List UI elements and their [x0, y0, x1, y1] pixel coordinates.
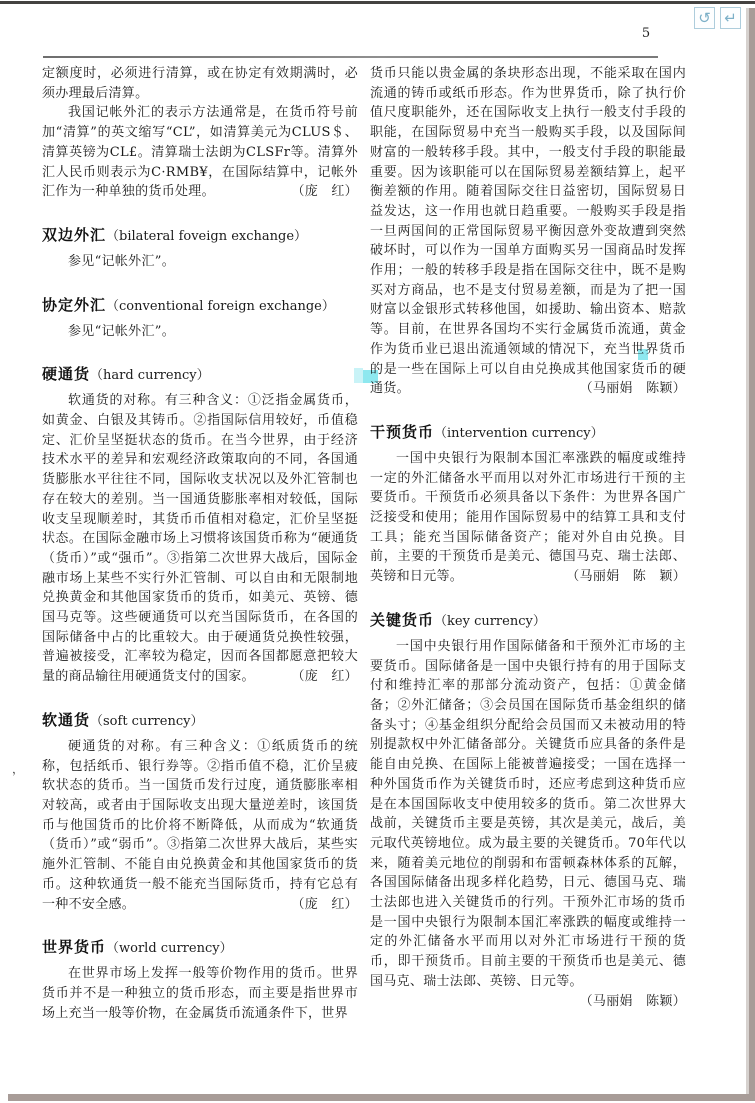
dictionary-entry: 软通货（soft currency）硬通货的对称。有三种含义：①纸质货币的统称，…: [42, 710, 358, 914]
entry-heading: 干预货币（intervention currency）: [370, 422, 686, 444]
page-body: 定额度时，必须进行清算，或在协定有效期满时，必须办理最后清算。我国记帐外汇的表示…: [42, 64, 686, 1023]
entry-heading: 协定外汇（conventional foreign exchange）: [42, 295, 358, 317]
entry-heading: 软通货（soft currency）: [42, 710, 358, 732]
paragraph-text: 定额度时，必须进行清算，或在协定有效期满时，必须办理最后清算。: [42, 66, 358, 101]
paragraph-text: 参见“记帐外汇”。: [68, 324, 175, 339]
entry-term-en: （key currency）: [434, 614, 546, 629]
entry-term-zh: 世界货币: [42, 938, 106, 956]
paragraph-text: 货币只能以贵金属的条块形态出现，不能采取在国内流通的铸币或纸币形态。作为世界货币…: [370, 66, 686, 396]
author-signature: （马丽娟 陈颖）: [580, 379, 686, 399]
entry-term-zh: 双边外汇: [42, 226, 106, 244]
paragraph-text: 参见“记帐外汇”。: [68, 254, 175, 269]
dictionary-entry: 双边外汇（bilateral foveign exchange）参见“记帐外汇”…: [42, 225, 358, 272]
entry-term-zh: 协定外汇: [42, 296, 106, 314]
entry-term-zh: 软通货: [42, 711, 90, 729]
entry-term-en: （world currency）: [106, 941, 233, 956]
entry-term-en: （soft currency）: [90, 714, 203, 729]
body-paragraph: 一国中央银行用作国际储备和干预外汇市场的主要货币。国际储备是一国中央银行持有的用…: [370, 637, 686, 992]
body-paragraph: 一国中央银行为限制本国汇率涨跌的幅度或维持一定的外汇储备水平而用以对外汇市场进行…: [370, 449, 686, 587]
author-signature: （马丽娟 陈颖）: [554, 992, 686, 1012]
entry-term-zh: 关键货币: [370, 611, 434, 629]
dictionary-entry: 干预货币（intervention currency）一国中央银行为限制本国汇率…: [370, 422, 686, 587]
entry-term-en: （intervention currency）: [434, 426, 604, 441]
author-signature: （庞 红）: [265, 667, 358, 687]
author-signature: （庞 红）: [265, 895, 358, 915]
stray-ink-mark: ，: [12, 760, 24, 777]
body-paragraph: 硬通货的对称。有三种含义：①纸质货币的统称，包括纸币、银行券等。②指币值不稳，汇…: [42, 737, 358, 914]
entry-term-en: （conventional foreign exchange）: [106, 299, 335, 314]
scan-bottom-edge: [8, 1094, 755, 1101]
entry-heading: 硬通货（hard currency）: [42, 364, 358, 386]
entry-heading: 世界货币（world currency）: [42, 937, 358, 959]
header-rule: [43, 56, 658, 58]
body-paragraph: 参见“记帐外汇”。: [42, 252, 358, 272]
scan-top-edge: [0, 1, 755, 4]
body-paragraph: 货币只能以贵金属的条块形态出现，不能采取在国内流通的铸币或纸币形态。作为世界货币…: [370, 64, 686, 399]
paragraph-text: 一国中央银行为限制本国汇率涨跌的幅度或维持一定的外汇储备水平而用以对外汇市场进行…: [370, 451, 686, 584]
entry-term-zh: 硬通货: [42, 365, 90, 383]
author-signature: （庞 红）: [265, 182, 358, 202]
entry-heading: 关键货币（key currency）: [370, 610, 686, 632]
dictionary-entry: 协定外汇（conventional foreign exchange）参见“记帐…: [42, 295, 358, 342]
entry-term-zh: 干预货币: [370, 423, 434, 441]
paragraph-text: 软通货的对称。有三种含义：①泛指金属货币，如黄金、白银及其铸币。②指国际信用较好…: [42, 393, 358, 684]
paragraph-text: 在世界市场上发挥一般等价物作用的货币。世界货币并不是一种独立的货币形态，而主要是…: [42, 966, 358, 1020]
right-column: 货币只能以贵金属的条块形态出现，不能采取在国内流通的铸币或纸币形态。作为世界货币…: [370, 64, 686, 1023]
dictionary-entry: 世界货币（world currency）在世界市场上发挥一般等价物作用的货币。世…: [42, 937, 358, 1023]
body-paragraph: 在世界市场上发挥一般等价物作用的货币。世界货币并不是一种独立的货币形态，而主要是…: [42, 964, 358, 1023]
return-arrow-icon[interactable]: ↵: [720, 7, 741, 29]
viewer-toolbar: ↺ ↵: [694, 7, 741, 29]
scan-right-edge: [749, 8, 755, 1101]
entry-heading: 双边外汇（bilateral foveign exchange）: [42, 225, 358, 247]
dictionary-entry: 关键货币（key currency）一国中央银行用作国际储备和干预外汇市场的主要…: [370, 610, 686, 992]
entry-term-en: （hard currency）: [90, 368, 210, 383]
rotate-counterclockwise-icon[interactable]: ↺: [694, 7, 715, 29]
body-paragraph: 定额度时，必须进行清算，或在协定有效期满时，必须办理最后清算。: [42, 64, 358, 103]
body-paragraph: 软通货的对称。有三种含义：①泛指金属货币，如黄金、白银及其铸币。②指国际信用较好…: [42, 391, 358, 687]
entry-term-en: （bilateral foveign exchange）: [106, 229, 307, 244]
left-column: 定额度时，必须进行清算，或在协定有效期满时，必须办理最后清算。我国记帐外汇的表示…: [42, 64, 358, 1023]
paragraph-text: 一国中央银行用作国际储备和干预外汇市场的主要货币。国际储备是一国中央银行持有的用…: [370, 639, 686, 989]
body-paragraph: 参见“记帐外汇”。: [42, 322, 358, 342]
dictionary-entry: 硬通货（hard currency）软通货的对称。有三种含义：①泛指金属货币，如…: [42, 364, 358, 687]
body-paragraph: 我国记帐外汇的表示方法通常是，在货币符号前加“清算”的英文缩写“CL”，如清算美…: [42, 103, 358, 202]
paragraph-text: 硬通货的对称。有三种含义：①纸质货币的统称，包括纸币、银行券等。②指币值不稳，汇…: [42, 739, 358, 912]
author-signature: （马丽娟 陈 颖）: [540, 567, 686, 587]
page-number: 5: [630, 26, 662, 41]
